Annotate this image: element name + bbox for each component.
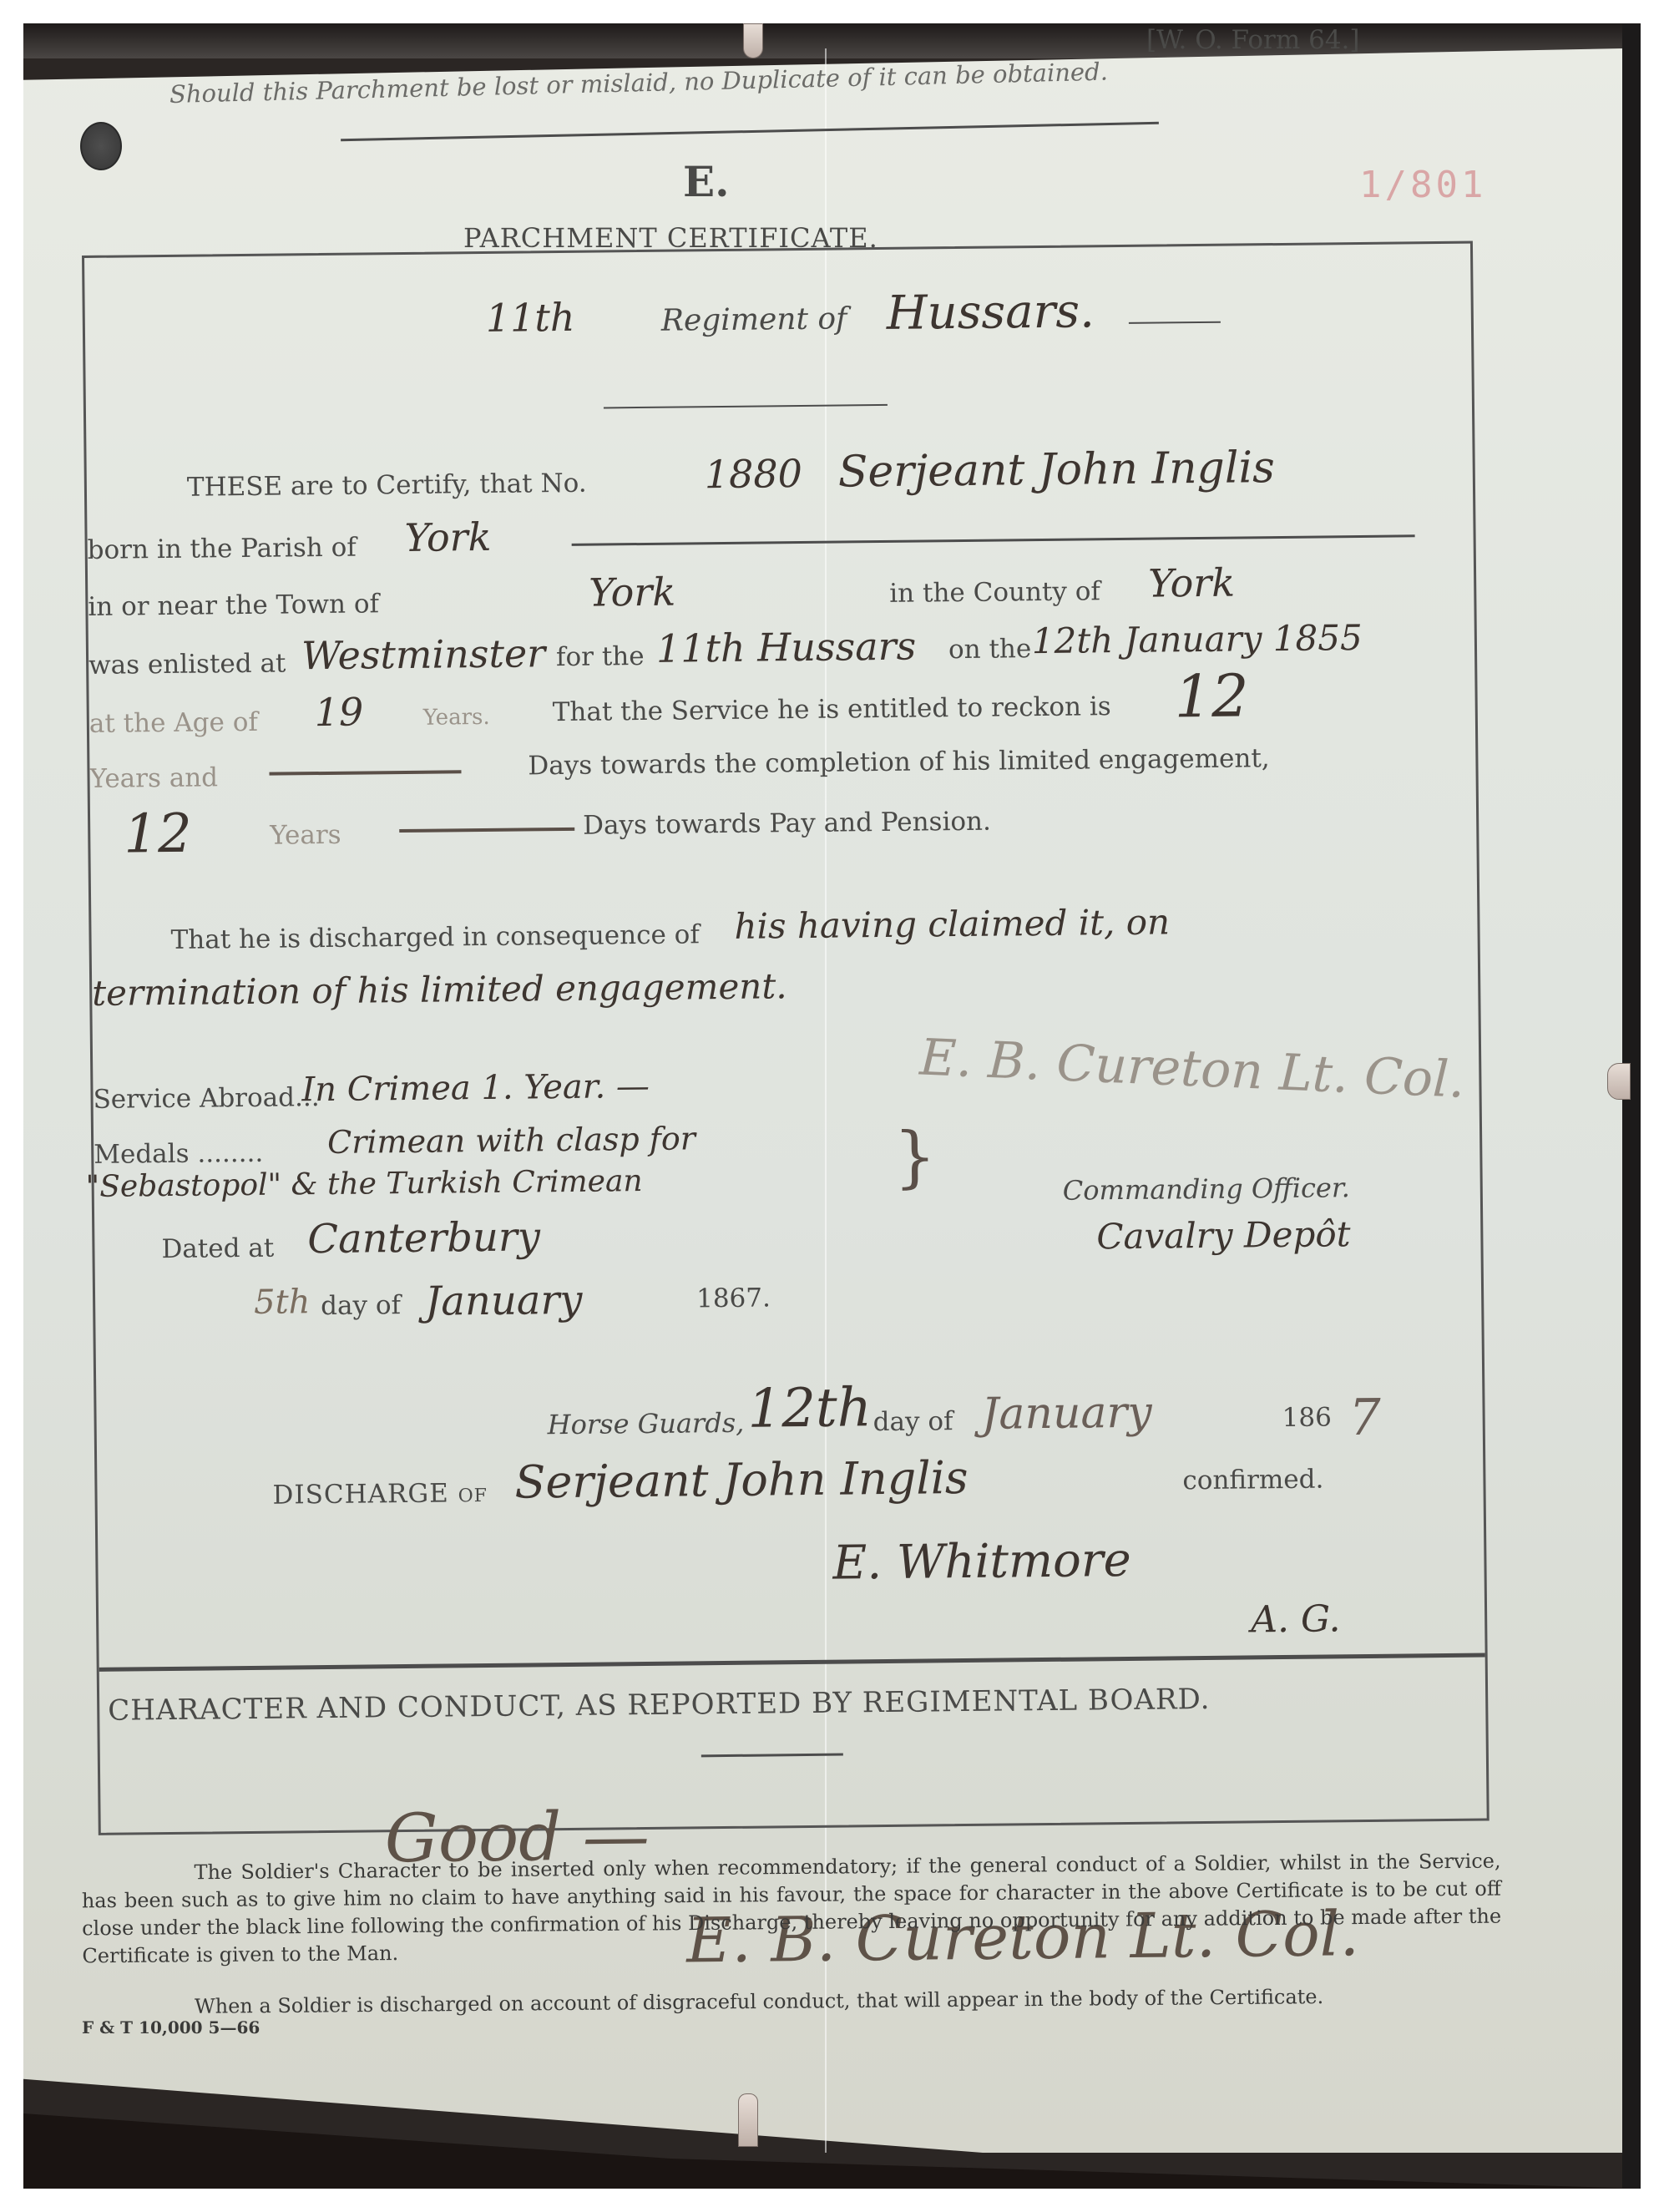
character-note: The Soldier's Character to be inserted o…	[81, 1848, 1501, 1971]
certify-label: THESE are to Certify, that No.	[187, 468, 587, 503]
regiment-ordinal: 11th	[486, 295, 575, 341]
pension-days-dash	[399, 828, 574, 833]
discharge-name: Serjeant John Inglis	[514, 1451, 969, 1509]
town-label: in or near the Town of	[88, 589, 379, 622]
enlisted-place: Westminster	[301, 630, 546, 678]
pension-days-label: Days towards Pay and Pension.	[583, 807, 991, 841]
certificate-form-box: 11th Regiment of Hussars. THESE are to C…	[82, 241, 1490, 1835]
rule	[572, 534, 1415, 546]
rule	[604, 404, 888, 409]
adjutant-general-suffix: A. G.	[1251, 1597, 1341, 1641]
discharge-reason-line1: his having claimed it, on	[734, 901, 1170, 946]
enlisted-label: was enlisted at	[89, 648, 286, 680]
medals-brace: }	[893, 1117, 937, 1196]
medals-line1: Crimean with clasp for	[327, 1120, 695, 1161]
rule	[701, 1754, 843, 1758]
horse-guards-month: January	[981, 1388, 1152, 1440]
medals-label: Medals ........	[94, 1138, 263, 1170]
service-abroad-value: In Crimea 1. Year. —	[301, 1067, 650, 1109]
mounting-pin-icon	[738, 2093, 758, 2147]
age-value: 19	[314, 689, 363, 735]
horse-guards-year-suffix: 7	[1348, 1389, 1381, 1447]
dated-month: January	[425, 1277, 583, 1325]
pension-years-label: Years	[270, 820, 341, 851]
dated-at-label: Dated at	[161, 1233, 274, 1264]
discharge-reason-label: That he is discharged in consequence of	[170, 919, 700, 955]
enlisted-date: 12th January 1855	[1032, 617, 1363, 661]
service-number: 1880	[705, 451, 803, 497]
on-label: on the	[948, 634, 1032, 665]
age-unit: Years.	[423, 705, 490, 731]
service-years: 12	[1174, 661, 1249, 731]
days-dash	[269, 770, 461, 775]
completion-label: Days towards the completion of his limit…	[528, 743, 1270, 781]
discharge-reason-line2: termination of his limited engagement.	[92, 965, 787, 1014]
horse-guards-day: 12th	[747, 1377, 872, 1440]
form-number: [W. O. Form 64.]	[1146, 25, 1360, 55]
for-label: for the	[556, 641, 645, 672]
rule	[1129, 321, 1221, 324]
printer-mark: F & T 10,000 5—66	[82, 2017, 260, 2037]
service-abroad-label: Service Abroad...	[93, 1082, 319, 1115]
town-value: York	[589, 569, 675, 615]
age-label: at the Age of	[89, 707, 258, 739]
section-letter: E.	[683, 157, 730, 206]
service-reckon-label: That the Service he is entitled to recko…	[553, 691, 1111, 727]
soldier-name: Serjeant John Inglis	[837, 443, 1275, 497]
mounting-pin-icon	[743, 23, 763, 58]
character-heading: CHARACTER AND CONDUCT, AS REPORTED BY RE…	[108, 1683, 1211, 1728]
years-and-label: Years and	[89, 762, 218, 794]
pension-years: 12	[124, 803, 192, 866]
commanding-officer-signature: E. B. Cureton Lt. Col.	[918, 1028, 1466, 1109]
regiment-label: Regiment of	[661, 301, 847, 337]
commanding-officer-title: Commanding Officer.	[1063, 1172, 1350, 1207]
adjutant-general-signature: E. Whitmore	[832, 1533, 1131, 1591]
horse-guards-label: Horse Guards,	[547, 1407, 744, 1440]
discharge-of-label: DISCHARGE of	[272, 1478, 488, 1511]
officer-unit: Cavalry Depôt	[1096, 1213, 1351, 1257]
mounting-pin-icon	[1607, 1063, 1631, 1100]
dated-day-label: day of	[321, 1290, 401, 1321]
enlisted-unit: 11th Hussars	[656, 624, 917, 671]
photograph: [W. O. Form 64.] Should this Parchment b…	[23, 23, 1641, 2189]
frame-edge-right	[1622, 23, 1641, 2189]
red-stamp: 1/801	[1359, 164, 1486, 206]
horse-guards-day-label: day of	[872, 1406, 953, 1437]
parish-value: York	[404, 514, 491, 560]
black-cut-line	[99, 1653, 1485, 1671]
dated-year: 1867.	[696, 1283, 771, 1314]
regiment-name: Hussars.	[886, 284, 1095, 341]
dated-day: 5th	[254, 1283, 311, 1322]
punch-hole-icon	[80, 122, 122, 170]
confirmed-label: confirmed.	[1182, 1465, 1323, 1496]
horse-guards-year-prefix: 186	[1282, 1402, 1332, 1433]
county-value: York	[1148, 560, 1235, 606]
medals-line2: "Sebastopol" & the Turkish Crimean	[85, 1164, 642, 1204]
parish-label: born in the Parish of	[88, 533, 357, 565]
county-label: in the County of	[889, 576, 1100, 609]
dated-place: Canterbury	[307, 1213, 540, 1263]
